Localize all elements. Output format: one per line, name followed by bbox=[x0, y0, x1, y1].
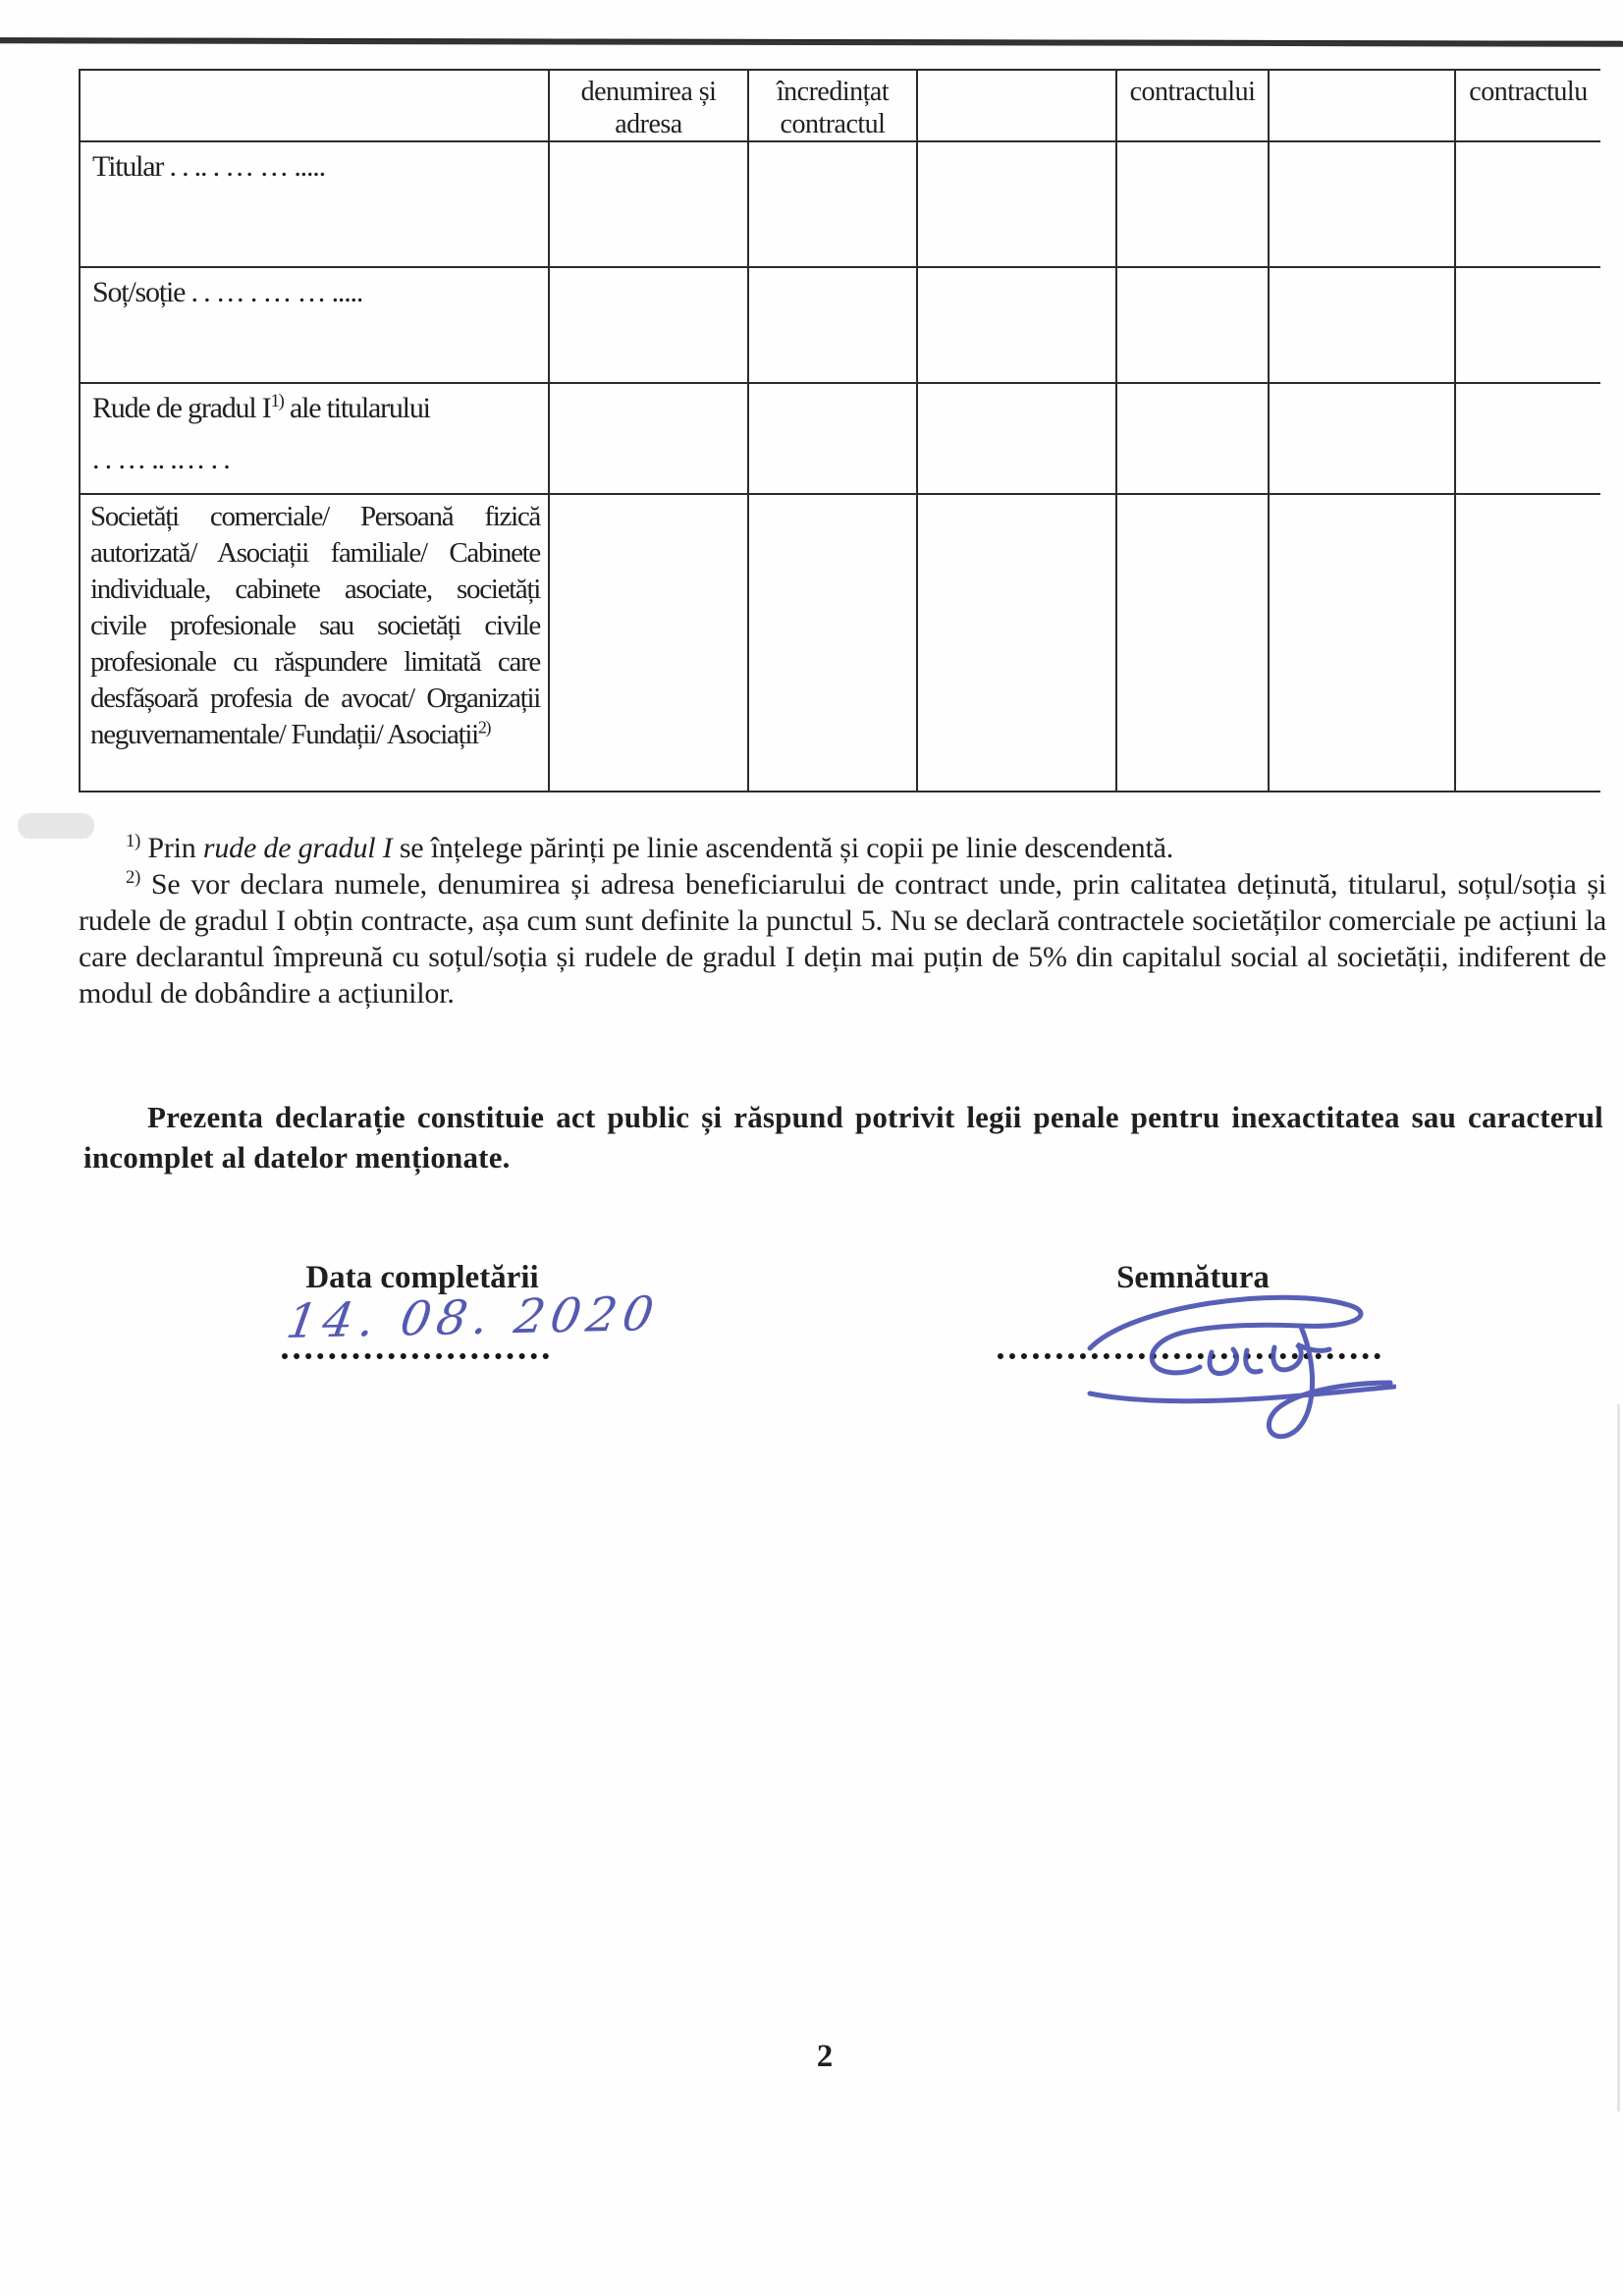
scanned-declaration-page: denumirea și adresa încredințat contract… bbox=[0, 0, 1623, 2296]
table-cell-empty bbox=[918, 384, 1117, 495]
footnotes-block: 1) Prin rude de gradul I se înțelege păr… bbox=[79, 830, 1606, 1011]
row-label-societati-comerciale: Societăți comerciale/ Persoană fizică au… bbox=[81, 495, 550, 793]
table-cell-empty bbox=[1270, 142, 1456, 268]
legal-declaration-paragraph: Prezenta declarație constituie act publi… bbox=[83, 1097, 1603, 1177]
header-text: încredințat contractul bbox=[777, 77, 889, 139]
footnote-2: 2) Se vor declara numele, denumirea și a… bbox=[79, 866, 1606, 1011]
table-cell-empty bbox=[550, 142, 749, 268]
table-cell-empty bbox=[749, 268, 918, 384]
table-cell-empty bbox=[550, 495, 749, 793]
page-number: 2 bbox=[746, 2039, 903, 2075]
footnote-ref-1: 1) bbox=[271, 391, 284, 411]
row-label-text: Titular . . .. . … … ..... bbox=[92, 150, 325, 183]
table-cell-empty bbox=[1117, 142, 1270, 268]
footnote-2-marker: 2) bbox=[126, 867, 140, 888]
footnote-1-italic-term: rude de gradul I bbox=[203, 832, 393, 864]
scan-artifact-smudge bbox=[18, 813, 94, 839]
header-text: denumirea și adresa bbox=[581, 77, 717, 139]
row-label-text: Soț/soție . . … . … … ..... bbox=[92, 276, 362, 308]
table-cell-empty bbox=[918, 495, 1117, 793]
row-label-dots: . . … .. .… . . bbox=[92, 443, 538, 476]
header-text: contractulu bbox=[1469, 77, 1587, 107]
row-label-text: Societăți comerciale/ Persoană fizică au… bbox=[90, 501, 540, 750]
contracts-table: denumirea și adresa încredințat contract… bbox=[79, 69, 1600, 793]
header-text: contractului bbox=[1130, 77, 1256, 107]
row-label-sot-sotie: Soț/soție . . … . … … ..... bbox=[81, 268, 550, 384]
footnote-1: 1) Prin rude de gradul I se înțelege păr… bbox=[79, 830, 1606, 866]
footnote-1-marker: 1) bbox=[126, 831, 140, 851]
table-cell-empty bbox=[749, 142, 918, 268]
table-cell-empty bbox=[550, 384, 749, 495]
footnote-2-text: Se vor declara numele, denumirea și adre… bbox=[79, 868, 1606, 1010]
table-cell-empty bbox=[749, 495, 918, 793]
table-cell-empty bbox=[1456, 268, 1600, 384]
table-cell-empty bbox=[749, 384, 918, 495]
header-cell-empty-3 bbox=[1270, 71, 1456, 142]
row-label-titular: Titular . . .. . … … ..... bbox=[81, 142, 550, 268]
footnote-1-text: Prin bbox=[140, 832, 203, 864]
footnote-ref-2: 2) bbox=[478, 717, 490, 737]
scan-artifact-page-edge bbox=[1617, 1404, 1620, 2111]
footnote-1-text: se înțelege părinți pe linie ascendentă … bbox=[393, 832, 1174, 864]
table-cell-empty bbox=[1270, 495, 1456, 793]
header-cell-empty-1 bbox=[81, 71, 550, 142]
header-cell-denumirea-adresa: denumirea și adresa bbox=[550, 71, 749, 142]
signature-ink bbox=[1062, 1272, 1396, 1458]
header-cell-contractului: contractului bbox=[1117, 71, 1270, 142]
table-cell-empty bbox=[1117, 495, 1270, 793]
header-cell-empty-2 bbox=[918, 71, 1117, 142]
table-cell-empty bbox=[1117, 384, 1270, 495]
header-cell-contractulu-cut: contractulu bbox=[1456, 71, 1600, 142]
table-cell-empty bbox=[918, 268, 1117, 384]
table-cell-empty bbox=[1456, 142, 1600, 268]
header-cell-incredintat-contractul: încredințat contractul bbox=[749, 71, 918, 142]
row-label-line1: Rude de gradul I1) ale titularului bbox=[92, 392, 538, 425]
table-cell-empty bbox=[1270, 384, 1456, 495]
table-cell-empty bbox=[918, 142, 1117, 268]
row-label-rude-gradul-1: Rude de gradul I1) ale titularului . . …… bbox=[81, 384, 550, 495]
scan-edge-line bbox=[0, 37, 1623, 46]
handwritten-date-value: 14. 08. 2020 bbox=[283, 1286, 663, 1349]
table-cell-empty bbox=[1456, 384, 1600, 495]
table-cell-empty bbox=[550, 268, 749, 384]
table-cell-empty bbox=[1117, 268, 1270, 384]
row-label-text: ale titularului bbox=[284, 392, 430, 424]
table-cell-empty bbox=[1456, 495, 1600, 793]
table-cell-empty bbox=[1270, 268, 1456, 384]
row-label-text: Rude de gradul I bbox=[92, 392, 271, 424]
